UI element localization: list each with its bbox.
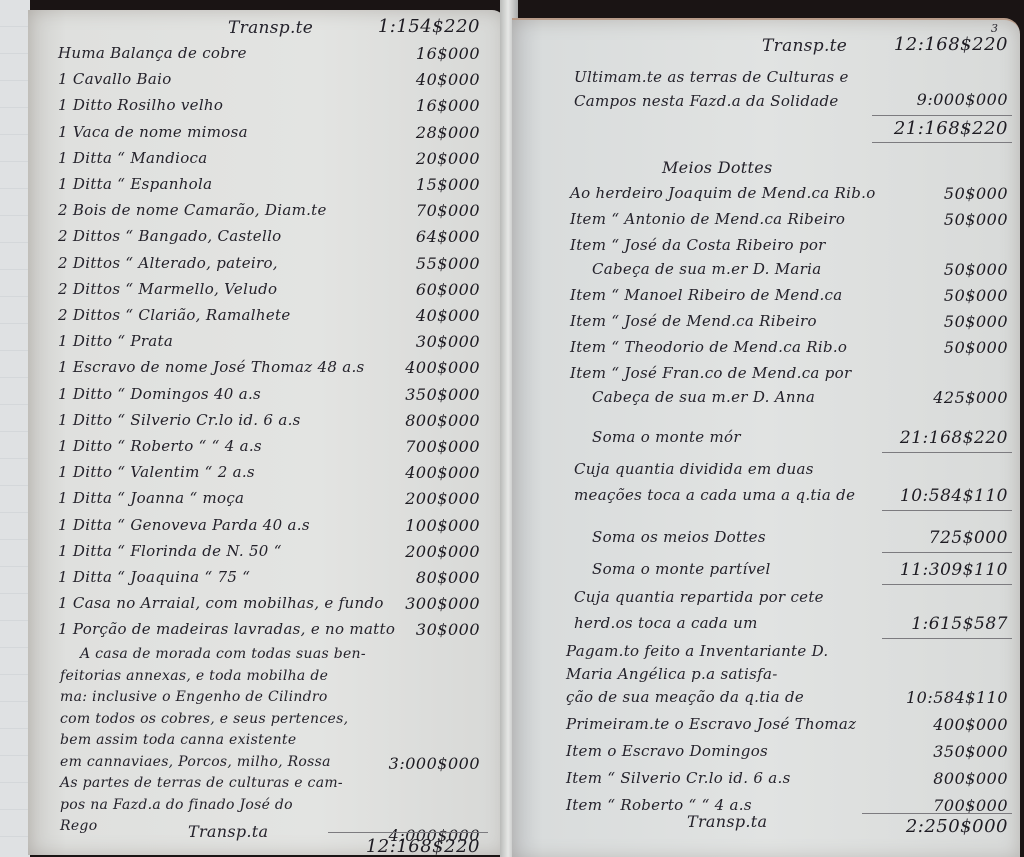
- summary-rule: [882, 552, 1012, 553]
- dote-amount: 50$000: [944, 286, 1008, 305]
- summary-rule: [882, 510, 1012, 511]
- ledger-entry-text: 2 Dittos “ Bangado, Castello: [58, 227, 282, 245]
- ledger-entry-amount: 300$000: [405, 594, 480, 613]
- paragraph-line: feitorias annexas, e toda mobilha de: [60, 668, 328, 684]
- right-footer-label: Transp.ta: [687, 812, 767, 831]
- ledger-entry-amount: 400$000: [405, 358, 480, 377]
- ledger-entry-amount: 800$000: [405, 411, 480, 430]
- right-footer-amount: 2:250$000: [906, 816, 1008, 837]
- ledger-entry-text: 1 Ditta “ Espanhola: [58, 175, 212, 193]
- right-page: 3 Transp.te 12:168$220 Ultimam.te as ter…: [512, 18, 1020, 857]
- ledger-entry-amount: 60$000: [416, 280, 480, 299]
- ledger-entry-amount: 55$000: [416, 254, 480, 273]
- dote-amount: 50$000: [944, 210, 1008, 229]
- ledger-entry-amount: 400$000: [405, 463, 480, 482]
- ledger-entry-amount: 100$000: [405, 516, 480, 535]
- subtotal-rule-bottom: [872, 142, 1012, 143]
- ledger-entry-text: 1 Escravo de nome José Thomaz 48 a.s: [58, 358, 365, 376]
- summary-line: Soma o monte mór: [592, 428, 741, 446]
- ledger-entry-text: 1 Ditta “ Florinda de N. 50 “: [58, 542, 282, 560]
- ledger-entry-text: 1 Ditta “ Joaquina “ 75 “: [58, 568, 250, 586]
- payment-amount: 350$000: [933, 742, 1008, 761]
- payment-line: Maria Angélica p.a satisfa-: [566, 665, 778, 683]
- ledger-entry-amount: 70$000: [416, 201, 480, 220]
- left-header-label: Transp.te: [228, 18, 313, 38]
- ledger-entry-amount: 700$000: [405, 437, 480, 456]
- summary-rule: [882, 638, 1012, 639]
- ledger-entry-text: Huma Balança de cobre: [58, 44, 247, 62]
- summary-line: Cuja quantia dividida em duas: [574, 460, 814, 478]
- paragraph-line: pos na Fazd.a do finado José do: [60, 797, 293, 813]
- paragraph-line: ma: inclusive o Engenho de Cilindro: [60, 689, 328, 705]
- subtotal-amount: 21:168$220: [894, 118, 1008, 139]
- paragraph-amount: 3:000$000: [389, 754, 480, 773]
- payment-line: Primeiram.te o Escravo José Thomaz: [566, 715, 856, 733]
- summary-line: Soma os meios Dottes: [592, 528, 766, 546]
- dote-line: Item “ José Fran.co de Mend.ca por: [570, 364, 851, 382]
- summary-rule: [882, 452, 1012, 453]
- dote-amount: 50$000: [944, 338, 1008, 357]
- ledger-entry-text: 2 Dittos “ Alterado, pateiro,: [58, 254, 278, 272]
- ledger-entry-text: 1 Ditto “ Roberto “ “ 4 a.s: [58, 437, 262, 455]
- underlying-lined-sheet: [0, 0, 30, 857]
- payment-line: Item “ Silverio Cr.lo id. 6 a.s: [566, 769, 791, 787]
- dote-line: Cabeça de sua m.er D. Maria: [592, 260, 821, 278]
- ledger-entry-amount: 64$000: [416, 227, 480, 246]
- ledger-entry-text: 1 Ditta “ Joanna “ moça: [58, 489, 244, 507]
- right-header-label: Transp.te: [762, 36, 847, 56]
- top-entry-amount: 9:000$000: [917, 90, 1008, 109]
- dote-amount: 50$000: [944, 260, 1008, 279]
- summary-amount: 11:309$110: [900, 560, 1008, 580]
- ledger-entry-amount: 350$000: [405, 385, 480, 404]
- ledger-entry-amount: 16$000: [416, 96, 480, 115]
- payment-amount: 400$000: [933, 715, 1008, 734]
- summary-line: herd.os toca a cada um: [574, 614, 758, 632]
- dote-line: Item “ Antonio de Mend.ca Ribeiro: [570, 210, 845, 228]
- left-footer-amount: 12:168$220: [366, 836, 480, 857]
- dote-line: Cabeça de sua m.er D. Anna: [592, 388, 815, 406]
- ledger-entry-amount: 200$000: [405, 489, 480, 508]
- dote-amount: 50$000: [944, 312, 1008, 331]
- ledger-entry-text: 1 Ditto “ Prata: [58, 332, 173, 350]
- ledger-entry-amount: 15$000: [416, 175, 480, 194]
- payment-amount: 800$000: [933, 769, 1008, 788]
- ledger-entry-amount: 20$000: [416, 149, 480, 168]
- paragraph-line: Rego: [60, 818, 97, 834]
- ledger-entry-text: 1 Ditto “ Valentim “ 2 a.s: [58, 463, 255, 481]
- dote-line: Item “ Manoel Ribeiro de Mend.ca: [570, 286, 843, 304]
- ledger-entry-text: 2 Dittos “ Marmello, Veludo: [58, 280, 277, 298]
- dote-line: Item “ Theodorio de Mend.ca Rib.o: [570, 338, 847, 356]
- summary-amount: 725$000: [929, 528, 1008, 548]
- footer-rule: [328, 832, 488, 833]
- payment-amount: 10:584$110: [906, 688, 1008, 707]
- summary-amount: 1:615$587: [911, 614, 1008, 634]
- payment-line: Pagam.to feito a Inventariante D.: [566, 642, 828, 660]
- ledger-entry-text: 1 Ditta “ Mandioca: [58, 149, 207, 167]
- ledger-entry-text: 1 Porção de madeiras lavradas, e no matt…: [58, 620, 395, 638]
- ledger-entry-amount: 28$000: [416, 123, 480, 142]
- paragraph-line: As partes de terras de culturas e cam-: [60, 775, 343, 791]
- paragraph-line: bem assim toda canna existente: [60, 732, 296, 748]
- top-entry-line-1: Ultimam.te as terras de Culturas e: [574, 68, 849, 86]
- section-title: Meios Dottes: [662, 158, 773, 177]
- ledger-entry-text: 1 Ditto “ Silverio Cr.lo id. 6 a.s: [58, 411, 301, 429]
- summary-line: meações toca a cada uma a q.tia de: [574, 486, 855, 504]
- payment-line: Item o Escravo Domingos: [566, 742, 768, 760]
- summary-line: Soma o monte partível: [592, 560, 771, 578]
- left-footer-label: Transp.ta: [188, 822, 268, 841]
- ledger-entry-text: 1 Ditto “ Domingos 40 a.s: [58, 385, 261, 403]
- ledger-entry-text: 1 Ditto Rosilho velho: [58, 96, 223, 114]
- dote-line: Item “ José de Mend.ca Ribeiro: [570, 312, 817, 330]
- ledger-entry-text: 1 Casa no Arraial, com mobilhas, e fundo: [58, 594, 384, 612]
- paragraph-line: A casa de morada com todas suas ben-: [80, 646, 366, 662]
- top-entry-line-2: Campos nesta Fazd.a da Solidade: [574, 92, 839, 110]
- ledger-entry-amount: 200$000: [405, 542, 480, 561]
- right-footer-rule: [862, 813, 1012, 814]
- ledger-entry-text: 1 Ditta “ Genoveva Parda 40 a.s: [58, 516, 310, 534]
- dote-amount: 425$000: [933, 388, 1008, 407]
- ledger-entry-text: 2 Bois de nome Camarão, Diam.te: [58, 201, 327, 219]
- ledger-entry-amount: 40$000: [416, 306, 480, 325]
- ledger-entry-amount: 30$000: [416, 620, 480, 639]
- summary-amount: 10:584$110: [900, 486, 1008, 506]
- summary-line: Cuja quantia repartida por cete: [574, 588, 824, 606]
- ledger-entry-text: 2 Dittos “ Clarião, Ramalhete: [58, 306, 291, 324]
- ledger-entry-text: 1 Vaca de nome mimosa: [58, 123, 248, 141]
- dote-line: Ao herdeiro Joaquim de Mend.ca Rib.o: [570, 184, 876, 202]
- paragraph-line: em cannaviaes, Porcos, milho, Rossa: [60, 754, 331, 770]
- payment-line: ção de sua meação da q.tia de: [566, 688, 804, 706]
- dote-line: Item “ José da Costa Ribeiro por: [570, 236, 826, 254]
- right-header-amount: 12:168$220: [894, 34, 1008, 55]
- ledger-entry-amount: 80$000: [416, 568, 480, 587]
- ledger-entry-amount: 30$000: [416, 332, 480, 351]
- summary-rule: [882, 584, 1012, 585]
- subtotal-rule-top: [872, 115, 1012, 116]
- ledger-entry-text: 1 Cavallo Baio: [58, 70, 172, 88]
- summary-amount: 21:168$220: [900, 428, 1008, 448]
- paragraph-line: com todos os cobres, e seus pertences,: [60, 711, 348, 727]
- left-page: Transp.te 1:154$220 Huma Balança de cobr…: [28, 10, 506, 855]
- ledger-entry-amount: 40$000: [416, 70, 480, 89]
- left-header-amount: 1:154$220: [378, 16, 480, 37]
- dote-amount: 50$000: [944, 184, 1008, 203]
- ledger-entry-amount: 16$000: [416, 44, 480, 63]
